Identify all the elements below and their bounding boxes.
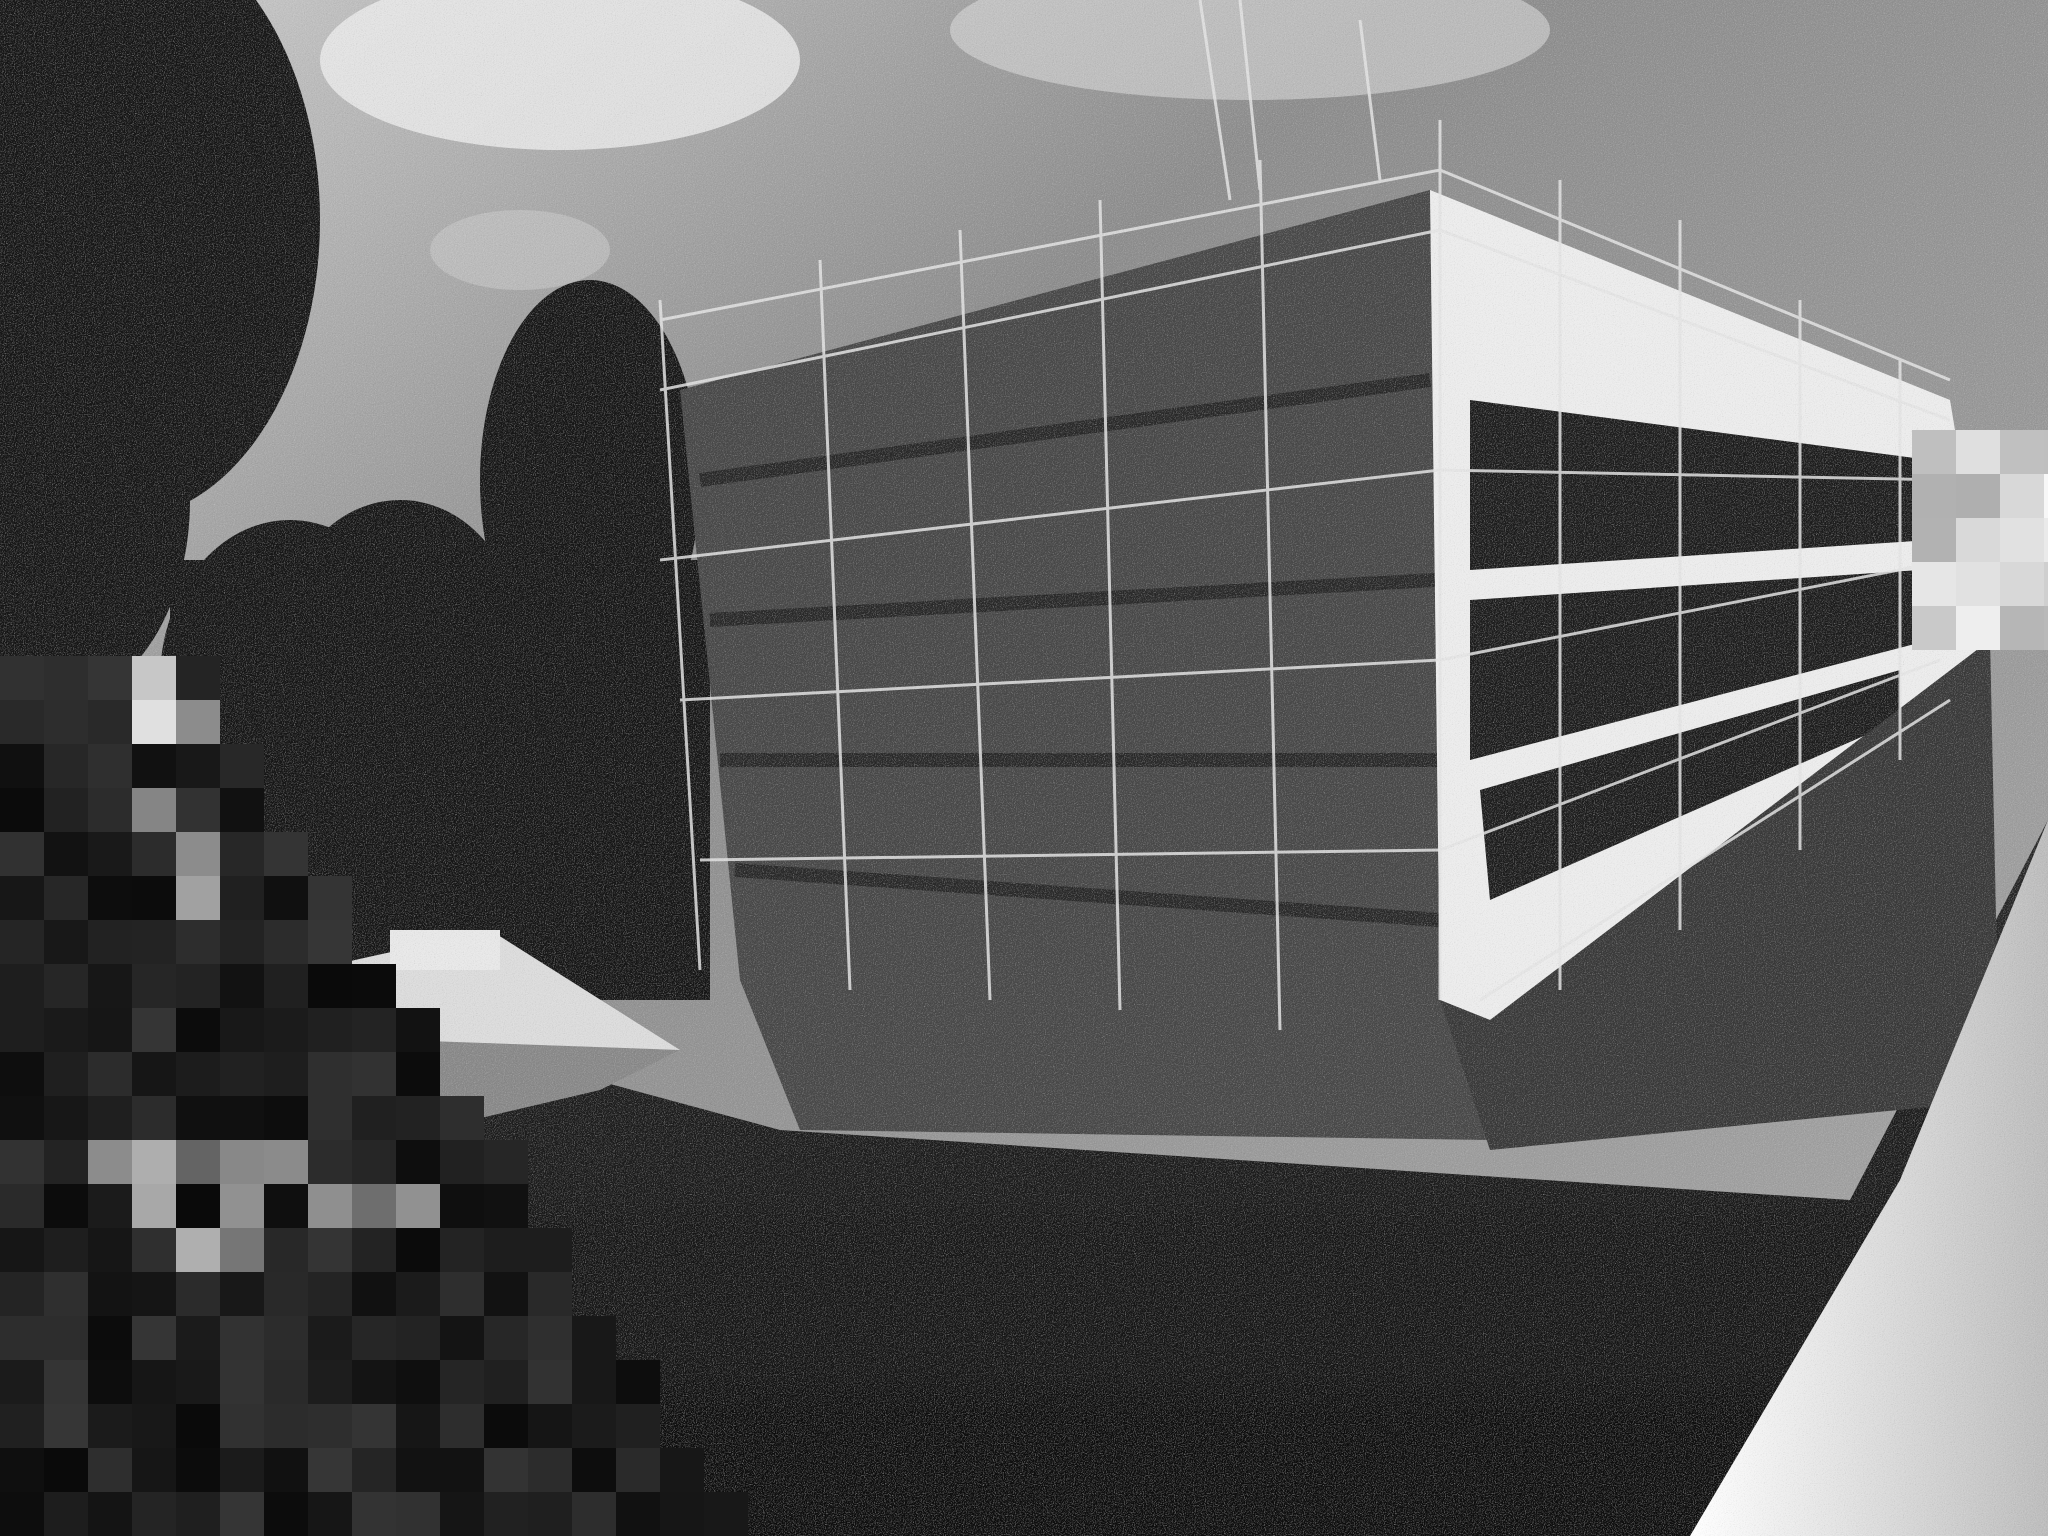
- photo-scene: [0, 0, 2048, 1536]
- pixelated-region-right: [1912, 430, 2048, 650]
